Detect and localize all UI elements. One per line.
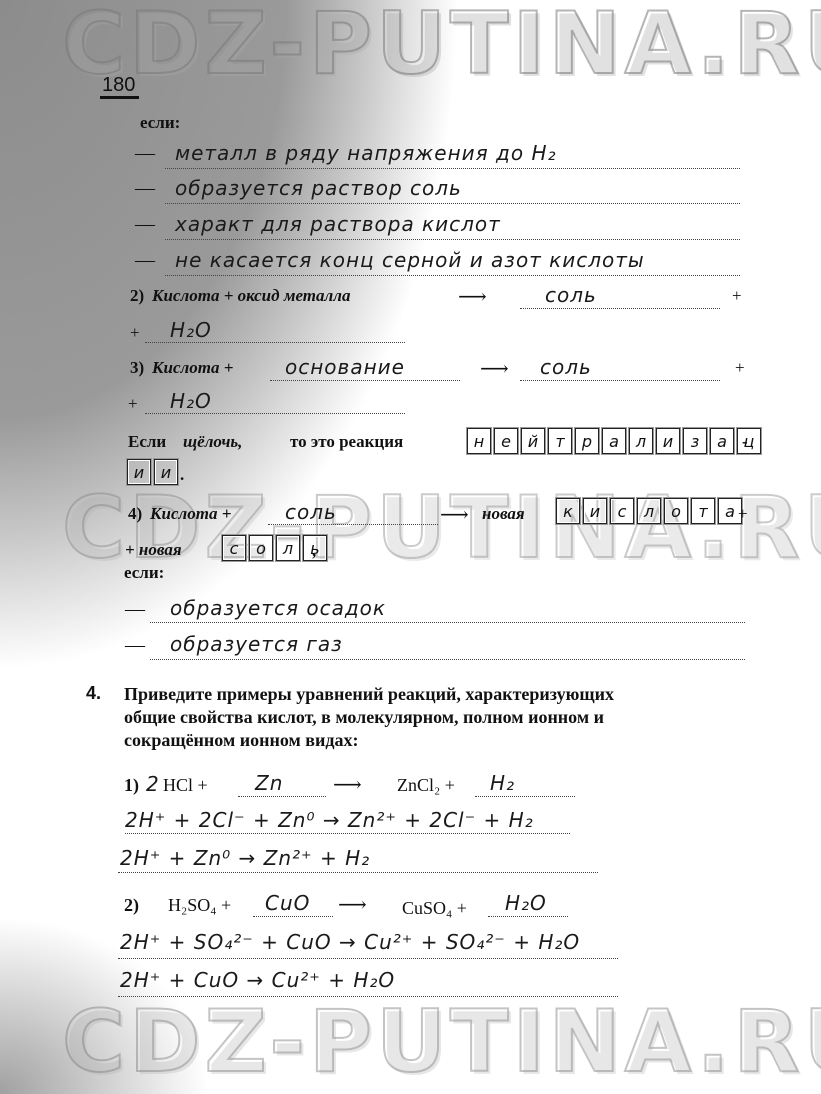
answer-line	[520, 308, 720, 309]
answer-line	[118, 958, 618, 959]
task-text-line: сокращённом ионном видах:	[124, 730, 358, 751]
answer-line	[165, 239, 740, 240]
note-text: то это реакция	[290, 432, 403, 452]
answer-line	[165, 203, 740, 204]
letter-box: й	[521, 428, 545, 454]
product-answer: H₂O	[170, 389, 212, 413]
condition-answer: образуется раствор соль	[175, 176, 462, 200]
letter-box: и	[583, 498, 607, 524]
dash: —	[125, 634, 145, 657]
plus: +	[130, 323, 140, 343]
example-number: 1)	[124, 775, 139, 796]
dash: —	[135, 142, 155, 165]
answer-line	[238, 796, 326, 797]
answer-line	[520, 380, 720, 381]
item-number: 2)	[130, 286, 144, 306]
task-number: 4.	[86, 683, 101, 704]
full-ionic-answer: 2H⁺ + SO₄²⁻ + CuO → Cu²⁺ + SO₄²⁻ + H₂O	[120, 930, 580, 954]
plus: +	[735, 358, 745, 378]
letter-box: и	[127, 459, 151, 485]
product-answer: H₂O	[505, 891, 547, 915]
letter-box: с	[222, 535, 246, 561]
letter-box: и	[154, 459, 178, 485]
answer-line	[488, 916, 568, 917]
condition-answer: металл в ряду напряжения до H₂	[175, 141, 557, 165]
reactant: H₂SO₄ +	[168, 895, 231, 916]
note-emphasis: щёлочь,	[183, 432, 242, 452]
dash: —	[135, 177, 155, 200]
letter-box: т	[548, 428, 572, 454]
answer-line	[253, 916, 333, 917]
plus: +	[738, 504, 748, 524]
reactant-answer: соль	[285, 500, 337, 524]
answer-line	[268, 524, 438, 525]
arrow: ⟶	[440, 502, 469, 527]
reactant-answer: CuO	[265, 891, 310, 915]
product-answer: соль	[540, 355, 592, 379]
reactant-answer: основание	[285, 355, 405, 379]
letter-box: л	[276, 535, 300, 561]
reaction-lhs: Кислота +	[150, 504, 231, 524]
answer-line	[165, 168, 740, 169]
task-text-line: общие свойства кислот, в молекулярном, п…	[124, 707, 604, 728]
condition-answer: не касается конц серной и азот кислоты	[175, 248, 645, 272]
coefficient-answer: 2	[146, 772, 160, 796]
letter-box: а	[710, 428, 734, 454]
letter-box: л	[637, 498, 661, 524]
condition-label: если:	[124, 563, 164, 583]
answer-line	[150, 622, 745, 623]
item-number: 3)	[130, 358, 144, 378]
watermark-top: CDZ-PUTINA.RU	[62, 0, 821, 94]
plus: +	[732, 286, 742, 306]
reactant: HCl +	[163, 775, 208, 796]
answer-line	[125, 833, 570, 834]
item-number: 4)	[128, 504, 142, 524]
condition-answer: образуется осадок	[170, 596, 386, 620]
arrow: ⟶	[333, 772, 362, 797]
condition-answer: образуется газ	[170, 632, 343, 656]
answer-line	[270, 380, 460, 381]
new-label: новая	[482, 504, 525, 524]
letter-boxes-neutralization-cont: ии	[127, 459, 178, 485]
answer-line	[150, 659, 745, 660]
letter-box: с	[610, 498, 634, 524]
product: CuSO₄ +	[402, 898, 467, 919]
period: .	[180, 465, 184, 485]
dash: —	[135, 213, 155, 236]
answer-line	[165, 275, 740, 276]
reactant-answer: Zn	[255, 771, 283, 795]
short-ionic-answer: 2H⁺ + CuO → Cu²⁺ + H₂O	[120, 968, 395, 992]
product-answer: H₂O	[170, 318, 212, 342]
answer-line	[475, 796, 575, 797]
answer-line	[118, 872, 598, 873]
dash: —	[125, 598, 145, 621]
answer-line	[145, 413, 405, 414]
letter-box: р	[575, 428, 599, 454]
letter-box: и	[656, 428, 680, 454]
answer-line	[118, 996, 618, 997]
condition-answer: характ для раствора кислот	[175, 212, 501, 236]
note-text: Если	[128, 432, 166, 452]
hyphen: -	[742, 432, 748, 452]
letter-boxes-acid: кислота	[556, 498, 742, 524]
arrow: ⟶	[480, 356, 509, 381]
letter-box: т	[691, 498, 715, 524]
answer-line	[145, 342, 405, 343]
new-label: + новая	[125, 540, 182, 560]
product: ZnCl₂ +	[397, 775, 455, 796]
arrow: ⟶	[458, 284, 487, 309]
letter-boxes-neutralization: нейтрализац	[467, 428, 761, 454]
comma: ,	[312, 541, 316, 561]
product-answer: соль	[545, 283, 597, 307]
arrow: ⟶	[338, 892, 367, 917]
dash: —	[135, 249, 155, 272]
reaction-lhs: Кислота +	[152, 358, 233, 378]
letter-box: к	[556, 498, 580, 524]
watermark-bottom: CDZ-PUTINA.RU	[62, 992, 821, 1092]
plus: +	[128, 394, 138, 414]
letter-box: н	[467, 428, 491, 454]
letter-box: ц	[737, 428, 761, 454]
reaction-lhs: Кислота + оксид металла	[152, 286, 350, 306]
letter-box: з	[683, 428, 707, 454]
page-number: 180	[100, 74, 139, 99]
letter-box: о	[249, 535, 273, 561]
example-number: 2)	[124, 895, 139, 916]
letter-box: а	[602, 428, 626, 454]
watermark-middle: CDZ-PUTINA.RU	[62, 478, 821, 578]
letter-box: л	[629, 428, 653, 454]
task-text-line: Приведите примеры уравнений реакций, хар…	[124, 684, 614, 705]
full-ionic-answer: 2H⁺ + 2Cl⁻ + Zn⁰ → Zn²⁺ + 2Cl⁻ + H₂	[125, 808, 534, 832]
short-ionic-answer: 2H⁺ + Zn⁰ → Zn²⁺ + H₂	[120, 846, 370, 870]
letter-box: е	[494, 428, 518, 454]
product-answer: H₂	[490, 771, 515, 795]
condition-label: если:	[140, 113, 180, 133]
letter-box: о	[664, 498, 688, 524]
